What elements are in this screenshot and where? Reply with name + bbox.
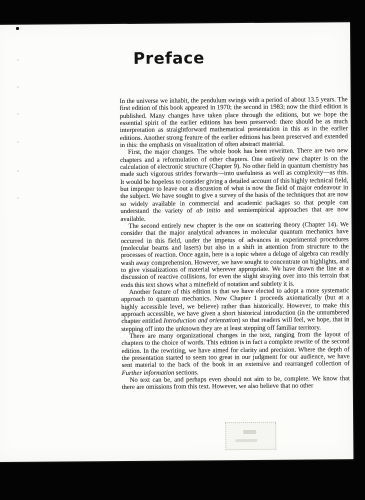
text-run: In the universe we inhabit, the pendulum… (120, 96, 348, 149)
text-run: No text can be, and perhaps even should … (122, 375, 350, 391)
paragraph-4: Another feature of this edition is that … (121, 287, 349, 333)
text-run: First, the major changes. The whole book… (120, 148, 348, 216)
text-run: sections. (174, 369, 198, 376)
text-run: There are many organizational changes in… (121, 331, 349, 369)
text-run-italic: ab initio (196, 207, 220, 214)
page-title: Preface (133, 50, 204, 67)
preface-body: In the universe we inhabit, the pendulum… (120, 96, 350, 392)
binding-speck (17, 59, 19, 61)
binding-speck (17, 86, 19, 88)
paragraph-1: In the universe we inhabit, the pendulum… (120, 96, 348, 149)
paragraph-5: There are many organizational changes in… (121, 331, 349, 377)
ink-speck (16, 27, 19, 30)
paragraph-6: No text can be, and perhaps even should … (122, 375, 350, 391)
binding-speck (17, 141, 19, 143)
book-page: Preface In the universe we inhabit, the … (0, 22, 353, 462)
paragraph-2: First, the major changes. The whole book… (120, 148, 349, 223)
scan-background: Preface In the universe we inhabit, the … (0, 0, 365, 500)
binding-speck (17, 113, 19, 115)
text-run-italic: Further information (122, 369, 175, 376)
paragraph-3: The second entirely new chapter is the o… (121, 221, 350, 289)
faded-stamp (225, 422, 276, 450)
stamp-smudge (243, 430, 256, 434)
stamp-smudge (235, 439, 257, 442)
text-run: The second entirely new chapter is the o… (121, 221, 349, 289)
binding-speck (17, 170, 19, 172)
binding-speck (17, 197, 19, 199)
